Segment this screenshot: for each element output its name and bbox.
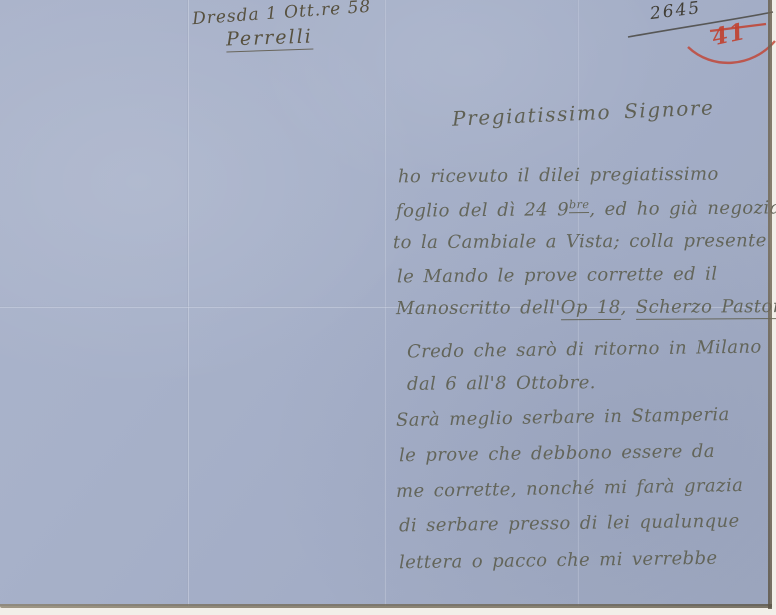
letter-line: me corrette, nonché mi farà grazia (396, 475, 744, 502)
fold-crease-vertical-middle (384, 0, 386, 606)
letter-line: dal 6 all'8 Ottobre. (407, 372, 596, 395)
text-segment: lettera o pacco che mi verrebbe (399, 548, 718, 573)
text-segment: le Mando le prove corrette ed il (397, 264, 718, 288)
red-ellipse-stroke (688, 41, 775, 63)
text-segment: Credo che sarò di ritorno in Milano (407, 337, 762, 363)
paper-edge-right (768, 0, 772, 609)
paper-edge-bottom (0, 604, 772, 608)
text-segment: me corrette, nonché mi farà grazia (396, 475, 744, 502)
text-segment: re (320, 0, 342, 20)
text-segment: dal 6 all'8 Ottobre. (407, 372, 596, 395)
letter-line: foglio del dì 24 9bre, ed ho già negozia… (396, 196, 776, 221)
text-segment: Op 18 (561, 297, 621, 320)
corner-strokes-graphic (612, 0, 776, 76)
text-segment: le prove che debbono essere da (399, 441, 715, 466)
letter-line: le Mando le prove corrette ed il (397, 264, 718, 288)
red-crossbar-stroke (710, 24, 766, 31)
dateline: Dresda 1 Ott.re 58 (192, 0, 372, 29)
letter-paper: Dresda 1 Ott.re 58 Perrelli 2645 41 Preg… (0, 0, 770, 606)
letter-line: Credo che sarò di ritorno in Milano (407, 337, 762, 363)
text-segment: ho ricevuto il dilei pregiatissimo (398, 164, 719, 188)
sender-name: Perrelli (226, 25, 314, 52)
text-segment: to la Cambiale a Vista; colla presente l… (393, 230, 776, 253)
text-segment: bre (569, 198, 589, 213)
text-segment: di serbare presso di lei qualunque (399, 511, 740, 537)
text-segment: , (621, 297, 636, 318)
letter-line: lettera o pacco che mi verrebbe (399, 548, 718, 573)
letter-line: Sarà meglio serbare in Stamperia (396, 404, 730, 431)
text-segment: 9 (557, 199, 569, 220)
text-segment: , ed ho già negozia= (589, 197, 776, 220)
fold-crease-vertical-left (187, 0, 189, 606)
letter-line: le prove che debbono essere da (399, 441, 715, 466)
text-segment: Sarà meglio serbare in Stamperia (396, 404, 730, 431)
text-segment: Scherzo Pastoral. (636, 296, 776, 320)
pencil-underline-stroke (628, 12, 773, 37)
letter-line: to la Cambiale a Vista; colla presente l… (393, 230, 776, 253)
text-segment: 58 (341, 0, 372, 19)
salutation: Pregiatissimo Signore (452, 95, 715, 130)
letter-line: ho ricevuto il dilei pregiatissimo (398, 164, 719, 188)
text-segment: foglio del dì 24 (396, 199, 557, 221)
text-segment: Manoscritto dell' (396, 297, 561, 319)
letter-line: di serbare presso di lei qualunque (399, 511, 740, 537)
letter-line: Manoscritto dell'Op 18, Scherzo Pastoral… (396, 296, 776, 319)
